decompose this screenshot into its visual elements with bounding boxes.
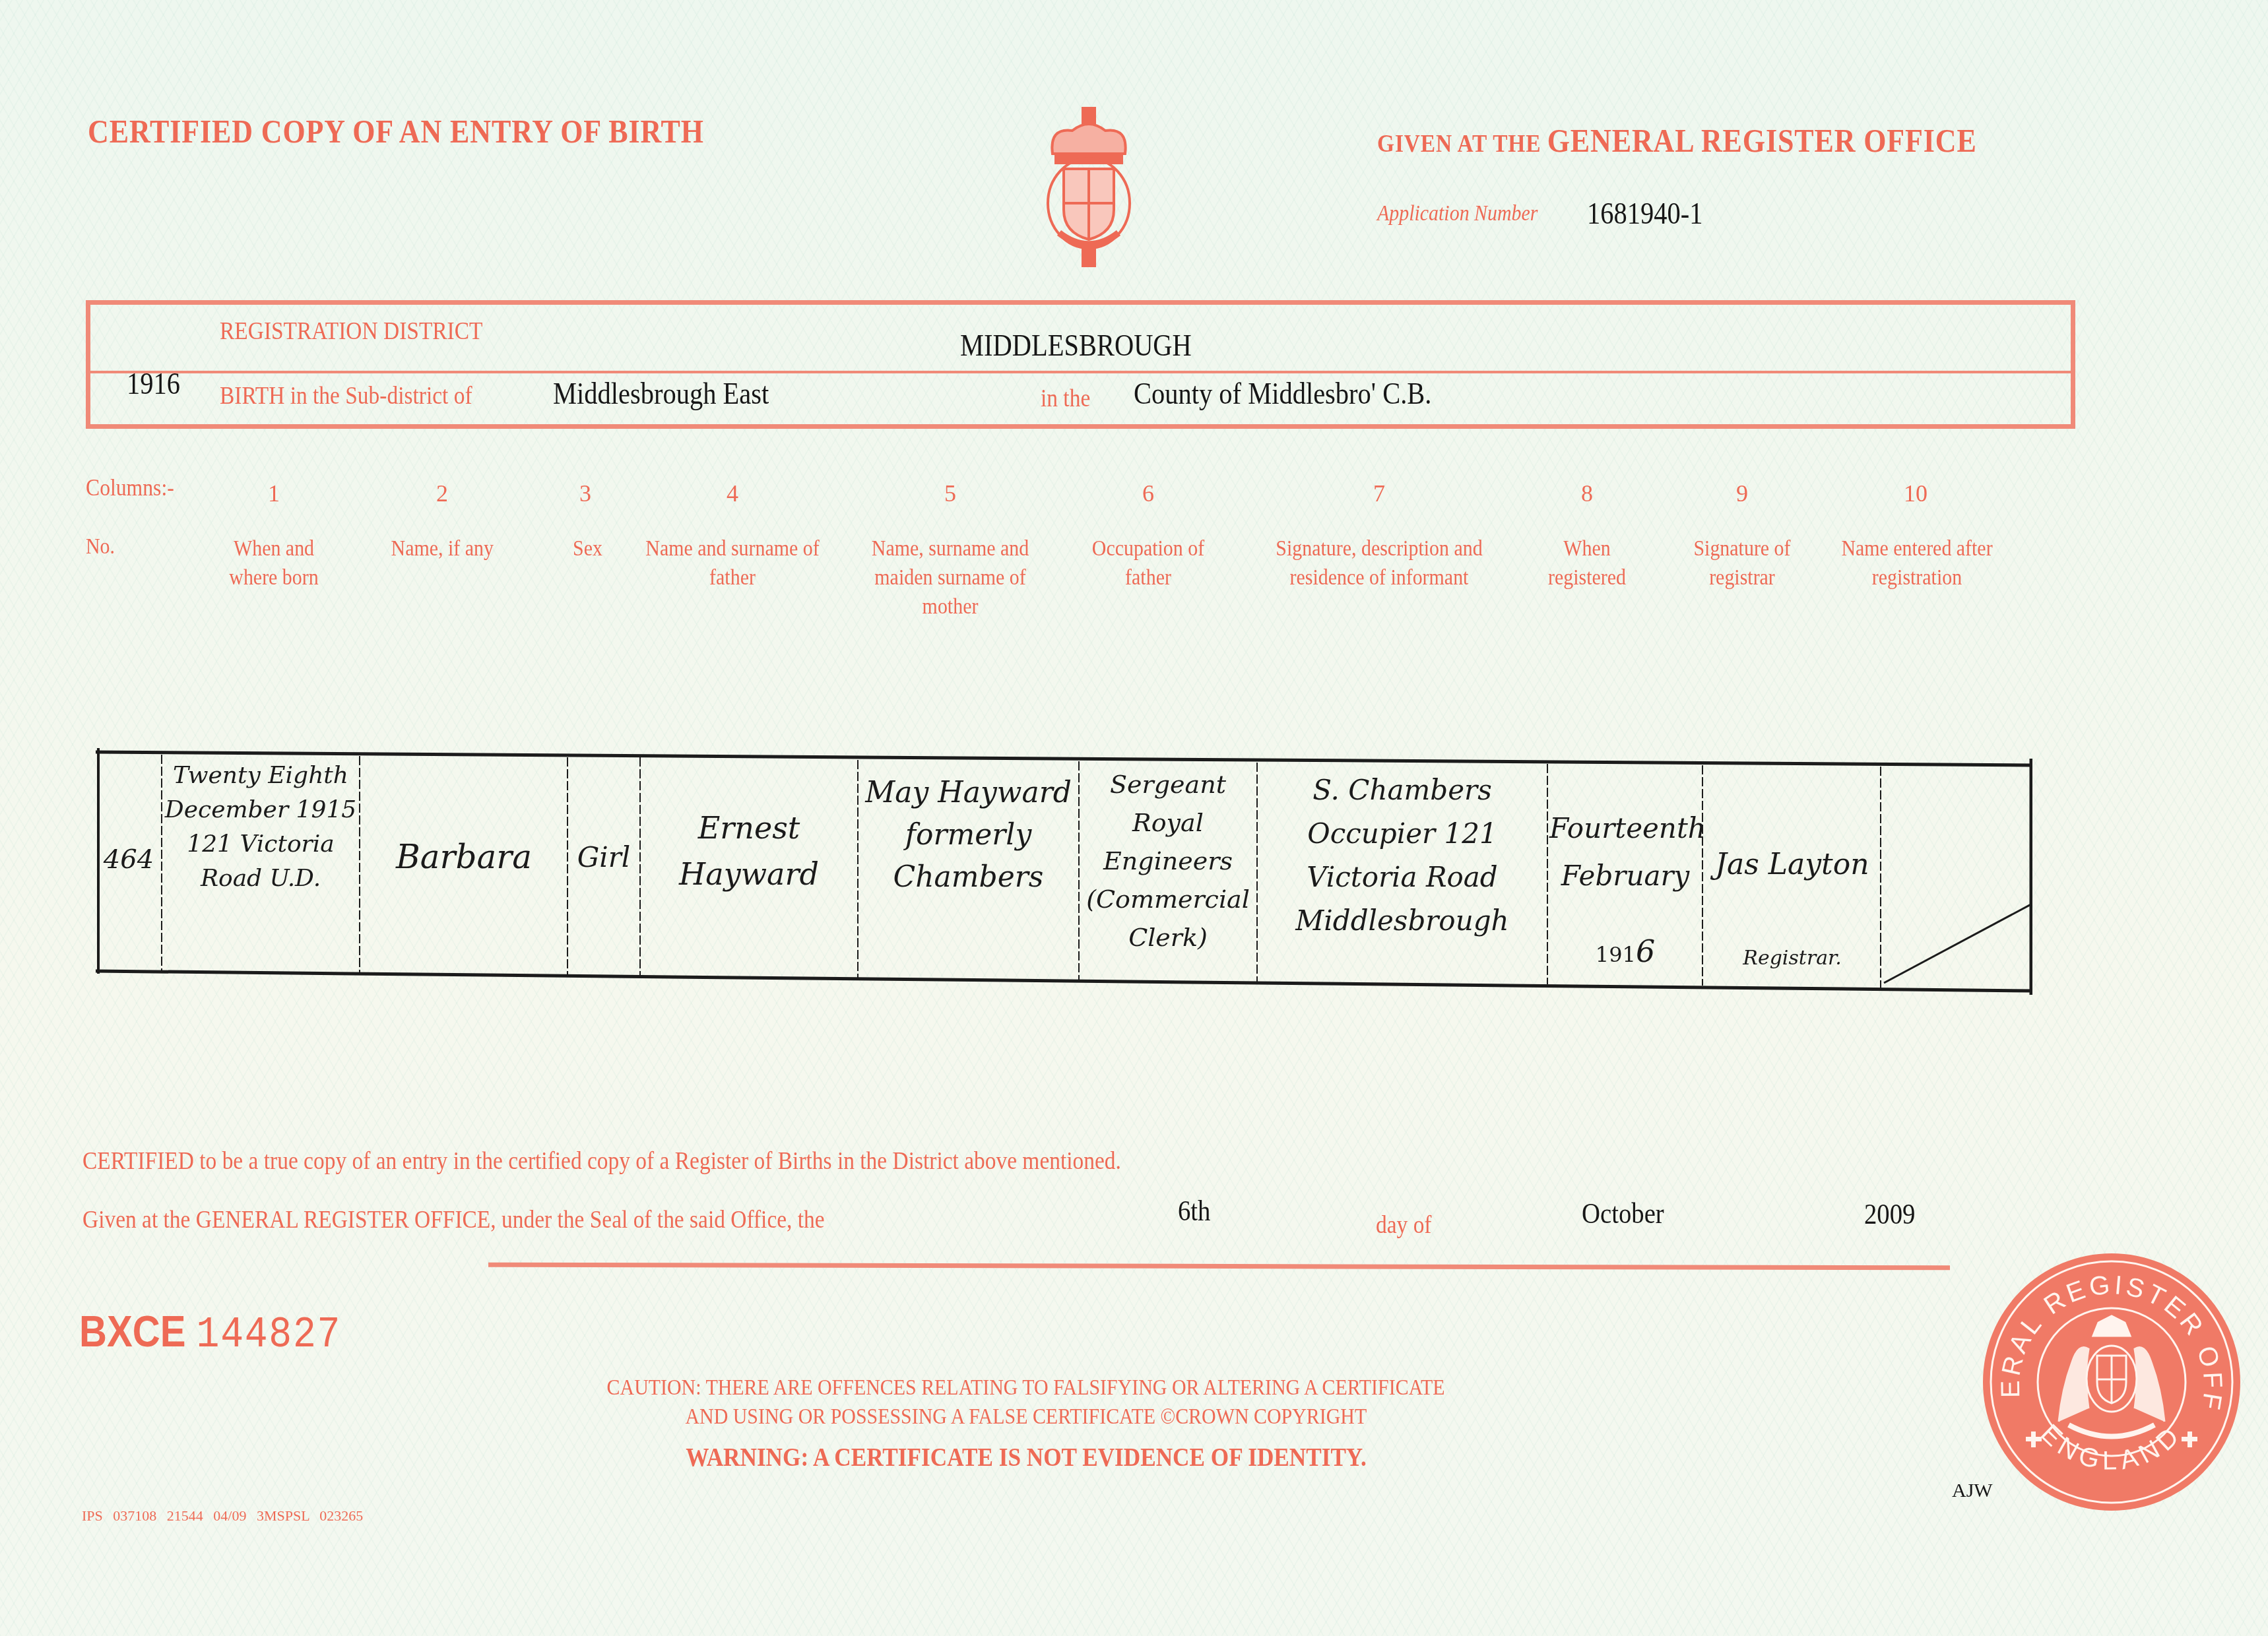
registration-district-label: REGISTRATION DISTRICT (220, 317, 519, 346)
identity-warning: WARNING: A CERTIFICATE IS NOT EVIDENCE O… (508, 1441, 1544, 1472)
print-code: IPS 037108 21544 04/09 3MSPSL 023265 (82, 1507, 363, 1525)
entry-when-registered: Fourteenth February (1549, 805, 1701, 900)
column-header-informant: Signature, description and residence of … (1254, 534, 1505, 592)
registration-divider (90, 371, 2071, 373)
column-number: 3 (566, 480, 605, 507)
entry-number: 464 (96, 844, 162, 875)
application-number: 1681940-1 (1587, 196, 1718, 231)
column-number: 7 (1359, 480, 1399, 507)
subdistrict-label: BIRTH in the Sub-district of (220, 381, 507, 410)
column-header-sex: Sex (561, 534, 614, 563)
office-name: GENERAL REGISTER OFFICE (1547, 122, 1977, 159)
registered-year-prefix: 191 (1596, 942, 1636, 967)
entry-sex: Girl (567, 841, 640, 873)
signature-rule (488, 1263, 1950, 1271)
certification-statement: CERTIFIED to be a true copy of an entry … (82, 1147, 1263, 1176)
day-of-label: day of (1376, 1211, 1439, 1240)
gro-seal-icon: GENERAL REGISTER OFFICE ENGLAND (1980, 1250, 2244, 1514)
serial-number: 144827 (197, 1310, 342, 1360)
application-number-label: Application Number (1377, 201, 1560, 226)
column-header-name: Name, if any (370, 534, 515, 563)
entry-child-name: Barbara (362, 838, 566, 876)
in-the-label: in the (1041, 384, 1097, 413)
entry-registrar-signature: Jas Layton (1706, 848, 1879, 881)
column-header-occupation: Occupation of father (1082, 534, 1214, 592)
entry-registered-year: 1916 (1549, 933, 1701, 969)
certificate-title: CERTIFIED COPY OF AN ENTRY OF BIRTH (88, 112, 788, 150)
certification-year: 2009 (1864, 1197, 1922, 1231)
column-header-registrar-signature: Signature of registrar (1676, 534, 1808, 592)
column-header-when-where-born: When and where born (214, 534, 333, 592)
column-header-name-after-registration: Name entered after registration (1828, 534, 2006, 592)
entry-when-where-born: Twenty Eighth December 1915 121 Victoria… (164, 759, 357, 896)
entry-mother-name: May Hayward formerly Chambers (861, 772, 1076, 898)
birth-entry-row: 464 Twenty Eighth December 1915 121 Vict… (96, 745, 2032, 995)
column-header-mother: Name, surname and maiden surname of moth… (851, 534, 1049, 621)
column-number: 9 (1722, 480, 1762, 507)
issuing-office-heading: GIVEN AT THE GENERAL REGISTER OFFICE (1377, 121, 2059, 160)
certification-month: October (1582, 1197, 1675, 1230)
caution-line-1: CAUTION: THERE ARE OFFENCES RELATING TO … (508, 1375, 1544, 1400)
royal-crest-icon (1033, 104, 1145, 269)
registration-year: 1916 (127, 366, 187, 401)
serial-prefix: BXCE (79, 1307, 185, 1356)
certificate-serial: BXCE 144827 (79, 1306, 377, 1360)
entry-father-occupation: Sergeant Royal Engineers (Commercial Cle… (1080, 765, 1256, 957)
subdistrict-value: Middlesbrough East (553, 376, 798, 411)
entry-father-name: Ernest Hayward (643, 805, 855, 897)
columns-label: Columns:- (86, 474, 186, 501)
entry-informant: S. Chambers Occupier 121 Victoria Road M… (1260, 769, 1544, 943)
county-value: County of Middlesbro' C.B. (1134, 376, 1472, 411)
column-no-label: No. (86, 534, 119, 559)
caution-line-2: AND USING OR POSSESSING A FALSE CERTIFIC… (508, 1404, 1544, 1430)
column-number: 4 (713, 480, 752, 507)
column-number: 5 (930, 480, 970, 507)
certification-given-at: Given at the GENERAL REGISTER OFFICE, un… (82, 1205, 926, 1234)
certification-day: 6th (1178, 1194, 1215, 1228)
entry-registrar-label: Registrar. (1706, 947, 1879, 970)
column-number: 1 (254, 480, 294, 507)
column-header-when-registered: When registered (1531, 534, 1643, 592)
column-number: 8 (1567, 480, 1607, 507)
column-number: 2 (422, 480, 462, 507)
registration-district-value: MIDDLESBROUGH (960, 328, 1223, 363)
column-number: 6 (1128, 480, 1168, 507)
column-header-father: Name and surname of father (633, 534, 831, 592)
registered-year-suffix: 6 (1636, 933, 1655, 969)
column-number: 10 (1896, 480, 1935, 507)
